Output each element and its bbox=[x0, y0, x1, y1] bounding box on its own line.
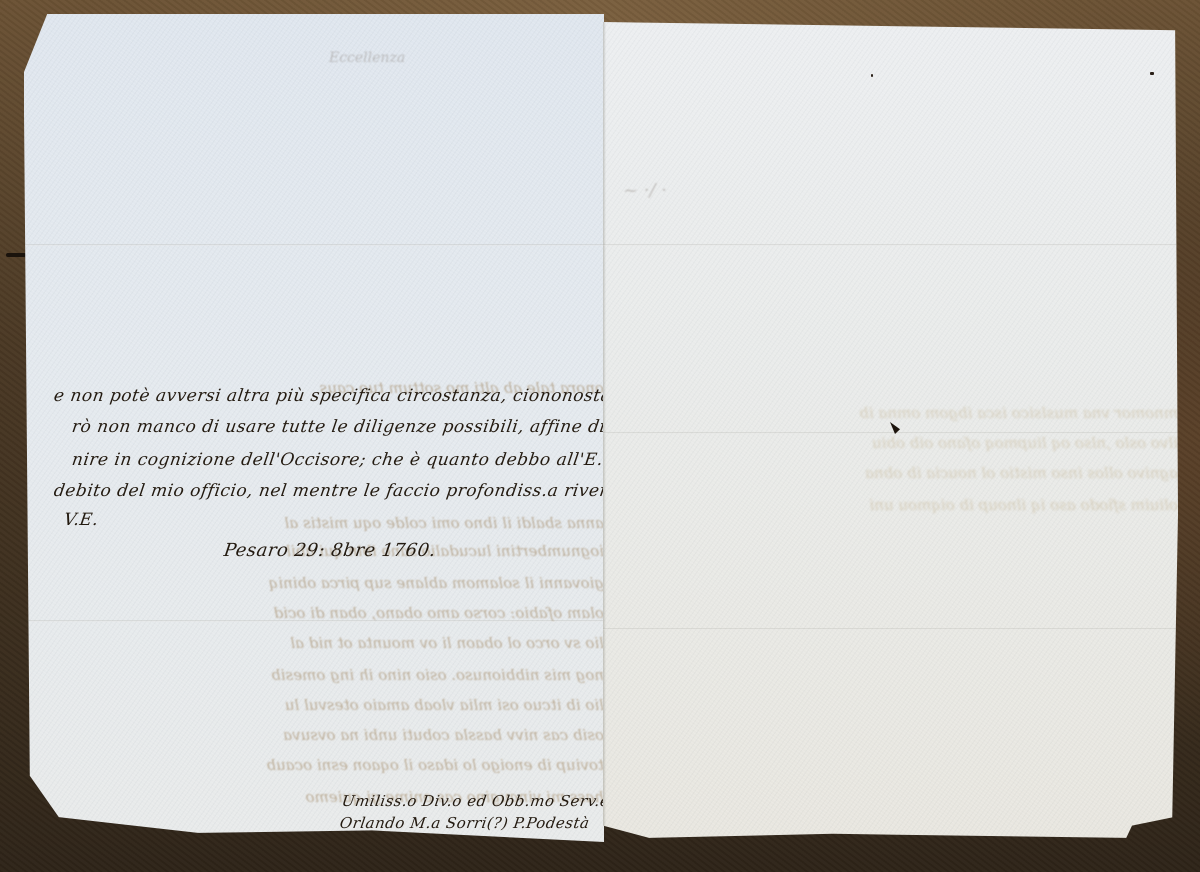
fold-crease bbox=[603, 628, 1178, 630]
letter-right-page: ~ ·/ · mnomor vna muslsico isca ibgom om… bbox=[603, 22, 1178, 842]
bleed-through-line: lio sv orco ol obaon li ov mounta ot nid… bbox=[24, 634, 604, 652]
ink-speck bbox=[871, 74, 873, 77]
bleed-through-line: nog mis nibbionuso. osio nino ih ing ome… bbox=[24, 666, 604, 684]
letter-line: e non potè avversi altra più specifica c… bbox=[24, 386, 604, 406]
bleed-through-line: mnomor vna muslsico isca ibgom omna ib bbox=[603, 404, 1178, 422]
letter-abbreviation: V.E. bbox=[24, 510, 604, 530]
bleed-through-line: lio ib itcuo osi mlia vloab amaio otesvu… bbox=[24, 696, 604, 714]
letter-closing: Umiliss.o Div.o ed Obb.mo Serv.e bbox=[24, 792, 604, 810]
bleed-through-line: giovanni il solamom ablane sup pirca obi… bbox=[24, 574, 604, 592]
ink-speck bbox=[1150, 72, 1154, 75]
nail-mark bbox=[6, 253, 26, 257]
fold-crease bbox=[24, 244, 604, 246]
bleed-through-line: oliuim sfiodo aso iq ilnoup ib oiqmou un… bbox=[603, 496, 1178, 514]
bleed-through-line: ilvo oslo ,nlso oq liupmoq ofano oib obi… bbox=[603, 434, 1178, 452]
bleed-through-line: osib cas nivv bassla cobuti unbi na ovsu… bbox=[24, 726, 604, 744]
letter-line: debito del mio officio, nel mentre le fa… bbox=[24, 481, 604, 501]
bleed-through-line: agnivo ollos inso mistio ol noucia ib ob… bbox=[603, 464, 1178, 482]
letter-line: rò non manco di usare tutte le diligenze… bbox=[24, 417, 604, 437]
bleed-through-line: toviup ib enoigo lo idaso il oqaon esni … bbox=[24, 756, 604, 774]
bleed-through-line: olam ofabio: corso amo obano, oban di oc… bbox=[24, 604, 604, 622]
letter-left-page: Eccellenza onora tale ab alti mo sottum … bbox=[24, 14, 604, 842]
letter-dateline: Pesaro 29: 8bre 1760. bbox=[24, 540, 604, 561]
fold-crease bbox=[603, 244, 1178, 246]
faint-header-text: Eccellenza bbox=[329, 50, 405, 66]
letter-line: nire in cognizione dell'Occisore; che è … bbox=[24, 450, 604, 470]
stain-mark: ~ ·/ · bbox=[623, 180, 667, 201]
